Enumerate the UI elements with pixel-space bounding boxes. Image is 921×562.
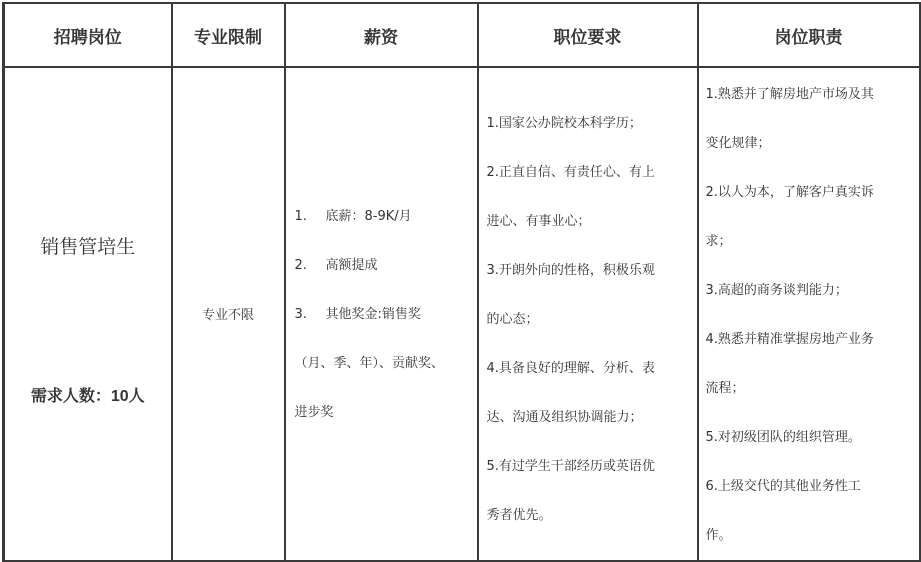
salary-item: 3.其他奖金:销售奖 (295, 290, 471, 339)
recruitment-table-container: 招聘岗位 专业限制 薪资 职位要求 岗位职责 销售管培生 需求人数：10人 专业… (2, 2, 919, 560)
duty-line: 变化规律； (706, 119, 913, 168)
requirement-line: 秀者优先。 (487, 491, 691, 540)
duty-line: 流程； (706, 364, 913, 413)
position-title: 销售管培生 (5, 232, 171, 259)
position-cell: 销售管培生 需求人数：10人 (4, 67, 172, 561)
duty-line: 求； (706, 217, 913, 266)
duty-line: 3.高超的商务谈判能力； (706, 266, 913, 315)
requirement-line: 5.有过学生干部经历或英语优 (487, 442, 691, 491)
header-position: 招聘岗位 (4, 3, 172, 67)
headcount: 需求人数：10人 (5, 383, 171, 406)
duties-cell: 1.熟悉并了解房地产市场及其 变化规律； 2.以人为本，了解客户真实诉 求； 3… (698, 67, 920, 561)
salary-item-number: 1. (295, 192, 326, 241)
duty-line: 6.上级交代的其他业务性工 (706, 462, 913, 511)
requirements-cell: 1.国家公办院校本科学历； 2.正直自信、有责任心、有上 进心、有事业心； 3.… (478, 67, 698, 561)
requirement-line: 的心态； (487, 295, 691, 344)
recruitment-table: 招聘岗位 专业限制 薪资 职位要求 岗位职责 销售管培生 需求人数：10人 专业… (2, 2, 921, 561)
duty-line: 2.以人为本，了解客户真实诉 (706, 168, 913, 217)
table-header-row: 招聘岗位 专业限制 薪资 职位要求 岗位职责 (4, 3, 920, 67)
requirement-line: 达、沟通及组织协调能力； (487, 393, 691, 442)
duties-list: 1.熟悉并了解房地产市场及其 变化规律； 2.以人为本，了解客户真实诉 求； 3… (699, 68, 919, 560)
salary-cell: 1.底薪：8-9K/月 2.高额提成 3.其他奖金:销售奖 （月、季、年）、贡献… (285, 67, 478, 561)
requirement-line: 3.开朗外向的性格，积极乐观 (487, 246, 691, 295)
salary-list: 1.底薪：8-9K/月 2.高额提成 3.其他奖金:销售奖 （月、季、年）、贡献… (286, 192, 477, 437)
salary-item-number: 2. (295, 241, 326, 290)
salary-item-continued: 进步奖 (295, 388, 471, 437)
header-major: 专业限制 (172, 3, 285, 67)
requirements-list: 1.国家公办院校本科学历； 2.正直自信、有责任心、有上 进心、有事业心； 3.… (479, 89, 697, 540)
major-limit: 专业不限 (202, 308, 254, 323)
salary-item-text: 高额提成 (326, 258, 378, 273)
requirement-line: 2.正直自信、有责任心、有上 (487, 148, 691, 197)
header-duties: 岗位职责 (698, 3, 920, 67)
requirement-line: 进心、有事业心； (487, 197, 691, 246)
duty-line: 5.对初级团队的组织管理。 (706, 413, 913, 462)
requirement-line: 1.国家公办院校本科学历； (487, 99, 691, 148)
salary-item-text: （月、季、年）、贡献奖、 (295, 356, 445, 371)
salary-item: 2.高额提成 (295, 241, 471, 290)
requirement-line: 4.具备良好的理解、分析、表 (487, 344, 691, 393)
salary-item-continued: （月、季、年）、贡献奖、 (295, 339, 471, 388)
header-requirements: 职位要求 (478, 3, 698, 67)
table-row: 销售管培生 需求人数：10人 专业不限 1.底薪：8-9K/月 2.高额提成 3… (4, 67, 920, 561)
duty-line: 4.熟悉并精准掌握房地产业务 (706, 315, 913, 364)
salary-item-text: 其他奖金:销售奖 (326, 307, 421, 322)
header-salary: 薪资 (285, 3, 478, 67)
duty-line: 1.熟悉并了解房地产市场及其 (706, 70, 913, 119)
salary-item-number: 3. (295, 290, 326, 339)
salary-item-text: 底薪：8-9K/月 (326, 209, 412, 224)
duty-line: 作。 (706, 511, 913, 560)
salary-item: 1.底薪：8-9K/月 (295, 192, 471, 241)
salary-item-text: 进步奖 (295, 405, 334, 420)
major-cell: 专业不限 (172, 67, 285, 561)
